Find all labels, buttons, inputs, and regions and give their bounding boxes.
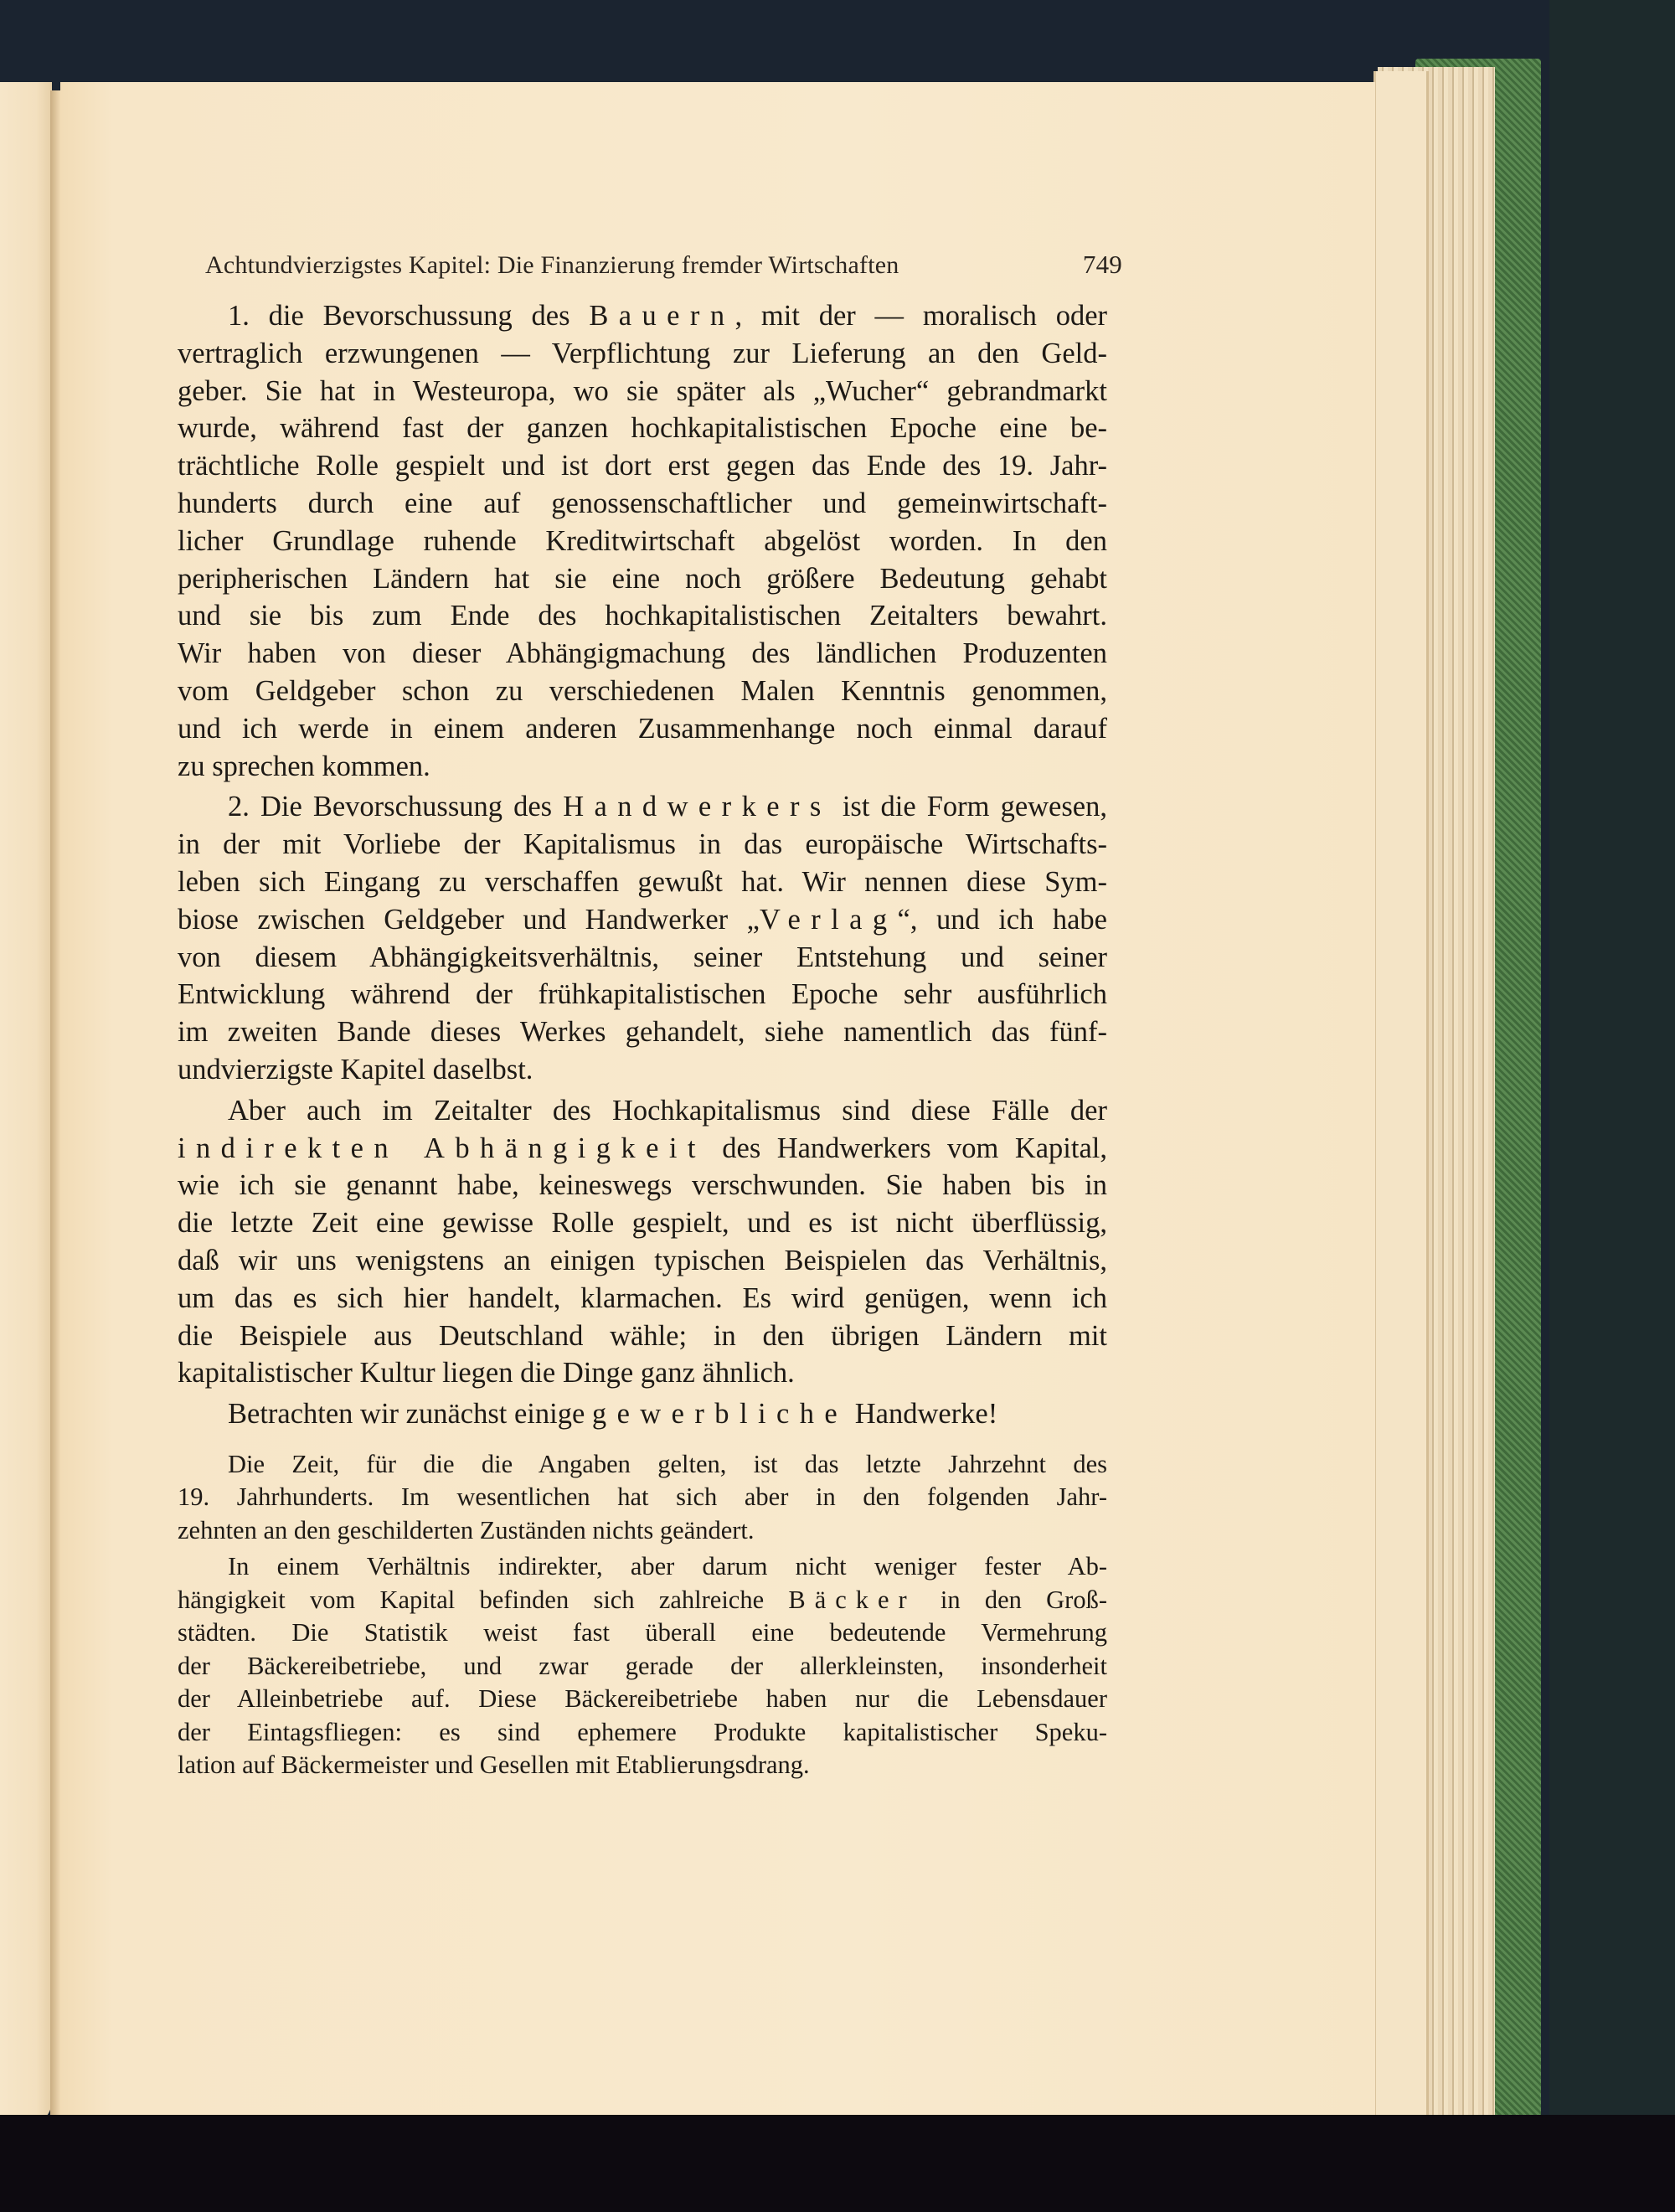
chapter-title: Achtundvierzigstes Kapitel: Die Finanzie… bbox=[205, 251, 899, 280]
text-line: Die Zeit, für die die Angaben gelten, is… bbox=[178, 1448, 1107, 1482]
emphasized-spaced-text: Bäcker bbox=[788, 1586, 915, 1614]
text-line: indirekten Abhängigkeit des Handwerkers … bbox=[178, 1130, 1107, 1168]
text-line: 1. die Bevorschussung des Bauern, mit de… bbox=[178, 297, 1107, 335]
text-line: undvierzigste Kapitel daselbst. bbox=[178, 1051, 1107, 1089]
emphasized-spaced-text: gewerbliche bbox=[592, 1398, 848, 1430]
text-line: und sie bis zum Ende des hochkapitalisti… bbox=[178, 597, 1107, 635]
emphasized-spaced-text: Handwerkers bbox=[563, 791, 832, 822]
text-line: kapitalistischer Kultur liegen die Dinge… bbox=[178, 1354, 1107, 1392]
text-line: Wir haben von dieser Abhängigmachung des… bbox=[178, 635, 1107, 673]
background-surface bbox=[1549, 0, 1675, 2212]
text-line: trächtliche Rolle gespielt und ist dort … bbox=[178, 447, 1107, 485]
text-line: in der mit Vorliebe der Kapitalismus in … bbox=[178, 826, 1107, 864]
text-line: leben sich Eingang zu verschaffen gewußt… bbox=[178, 864, 1107, 901]
paragraph: Betrachten wir zunächst einige gewerblic… bbox=[178, 1395, 1107, 1433]
text-line: 2. Die Bevorschussung des Handwerkers is… bbox=[178, 788, 1107, 826]
text-line: hunderts durch eine auf genossenschaftli… bbox=[178, 485, 1107, 523]
text-line: hängigkeit vom Kapital befinden sich zah… bbox=[178, 1584, 1107, 1617]
emphasized-spaced-text: Bauern bbox=[589, 300, 734, 332]
emphasized-spaced-text: Verlag bbox=[760, 904, 898, 936]
page-edge-leaf bbox=[1373, 71, 1429, 2119]
text-line: peripherischen Ländern hat sie eine noch… bbox=[178, 560, 1107, 598]
text-line: Aber auch im Zeitalter des Hochkapitalis… bbox=[178, 1092, 1107, 1130]
text-line: der Alleinbetriebe auf. Diese Bäckereibe… bbox=[178, 1683, 1107, 1716]
text-line: vertraglich erzwungenen — Verpflichtung … bbox=[178, 335, 1107, 373]
text-line: zehnten an den geschilderten Zuständen n… bbox=[178, 1514, 1107, 1548]
emphasized-spaced-text: indirekten Abhängigkeit bbox=[178, 1132, 706, 1164]
body-text: 1. die Bevorschussung des Bauern, mit de… bbox=[178, 297, 1107, 1786]
text-line: daß wir uns wenigstens an einigen typisc… bbox=[178, 1242, 1107, 1280]
text-line: vom Geldgeber schon zu verschiedenen Mal… bbox=[178, 673, 1107, 710]
text-line: licher Grundlage ruhende Kreditwirtschaf… bbox=[178, 523, 1107, 560]
text-line: lation auf Bäckermeister und Gesellen mi… bbox=[178, 1749, 1107, 1782]
paragraph: Aber auch im Zeitalter des Hochkapitalis… bbox=[178, 1092, 1107, 1392]
text-line: der Eintagsfliegen: es sind ephemere Pro… bbox=[178, 1716, 1107, 1750]
page-number: 749 bbox=[1083, 250, 1122, 280]
text-line: städten. Die Statistik weist fast überal… bbox=[178, 1616, 1107, 1650]
paragraph: 1. die Bevorschussung des Bauern, mit de… bbox=[178, 297, 1107, 785]
text-line: In einem Verhältnis indirekter, aber dar… bbox=[178, 1550, 1107, 1584]
text-line: 19. Jahrhunderts. Im wesentlichen hat si… bbox=[178, 1481, 1107, 1514]
text-line: Entwicklung während der frühkapitalistis… bbox=[178, 976, 1107, 1013]
running-head: Achtundvierzigstes Kapitel: Die Finanzie… bbox=[205, 250, 1122, 280]
text-line: biose zwischen Geldgeber und Handwerker … bbox=[178, 901, 1107, 939]
text-line: wie ich sie genannt habe, keineswegs ver… bbox=[178, 1167, 1107, 1204]
paragraph: Die Zeit, für die die Angaben gelten, is… bbox=[178, 1448, 1107, 1548]
text-line: wurde, während fast der ganzen hochkapit… bbox=[178, 410, 1107, 447]
text-line: im zweiten Bande dieses Werkes gehandelt… bbox=[178, 1013, 1107, 1051]
text-line: geber. Sie hat in Westeuropa, wo sie spä… bbox=[178, 373, 1107, 410]
background-bottom bbox=[0, 2115, 1675, 2212]
book-gutter bbox=[50, 90, 60, 2117]
text-line: die letzte Zeit eine gewisse Rolle gespi… bbox=[178, 1204, 1107, 1242]
paragraph: In einem Verhältnis indirekter, aber dar… bbox=[178, 1550, 1107, 1782]
paragraph: 2. Die Bevorschussung des Handwerkers is… bbox=[178, 788, 1107, 1088]
text-line: die Beispiele aus Deutschland wähle; in … bbox=[178, 1317, 1107, 1355]
text-line: zu sprechen kommen. bbox=[178, 748, 1107, 786]
text-line: von diesem Abhängigkeitsverhältnis, sein… bbox=[178, 939, 1107, 977]
left-page-edge bbox=[0, 82, 52, 2126]
text-line: Betrachten wir zunächst einige gewerblic… bbox=[178, 1395, 1107, 1433]
text-line: der Bäckereibetriebe, und zwar gerade de… bbox=[178, 1650, 1107, 1683]
text-line: und ich werde in einem anderen Zusammenh… bbox=[178, 710, 1107, 748]
text-line: um das es sich hier handelt, klarmachen.… bbox=[178, 1280, 1107, 1317]
